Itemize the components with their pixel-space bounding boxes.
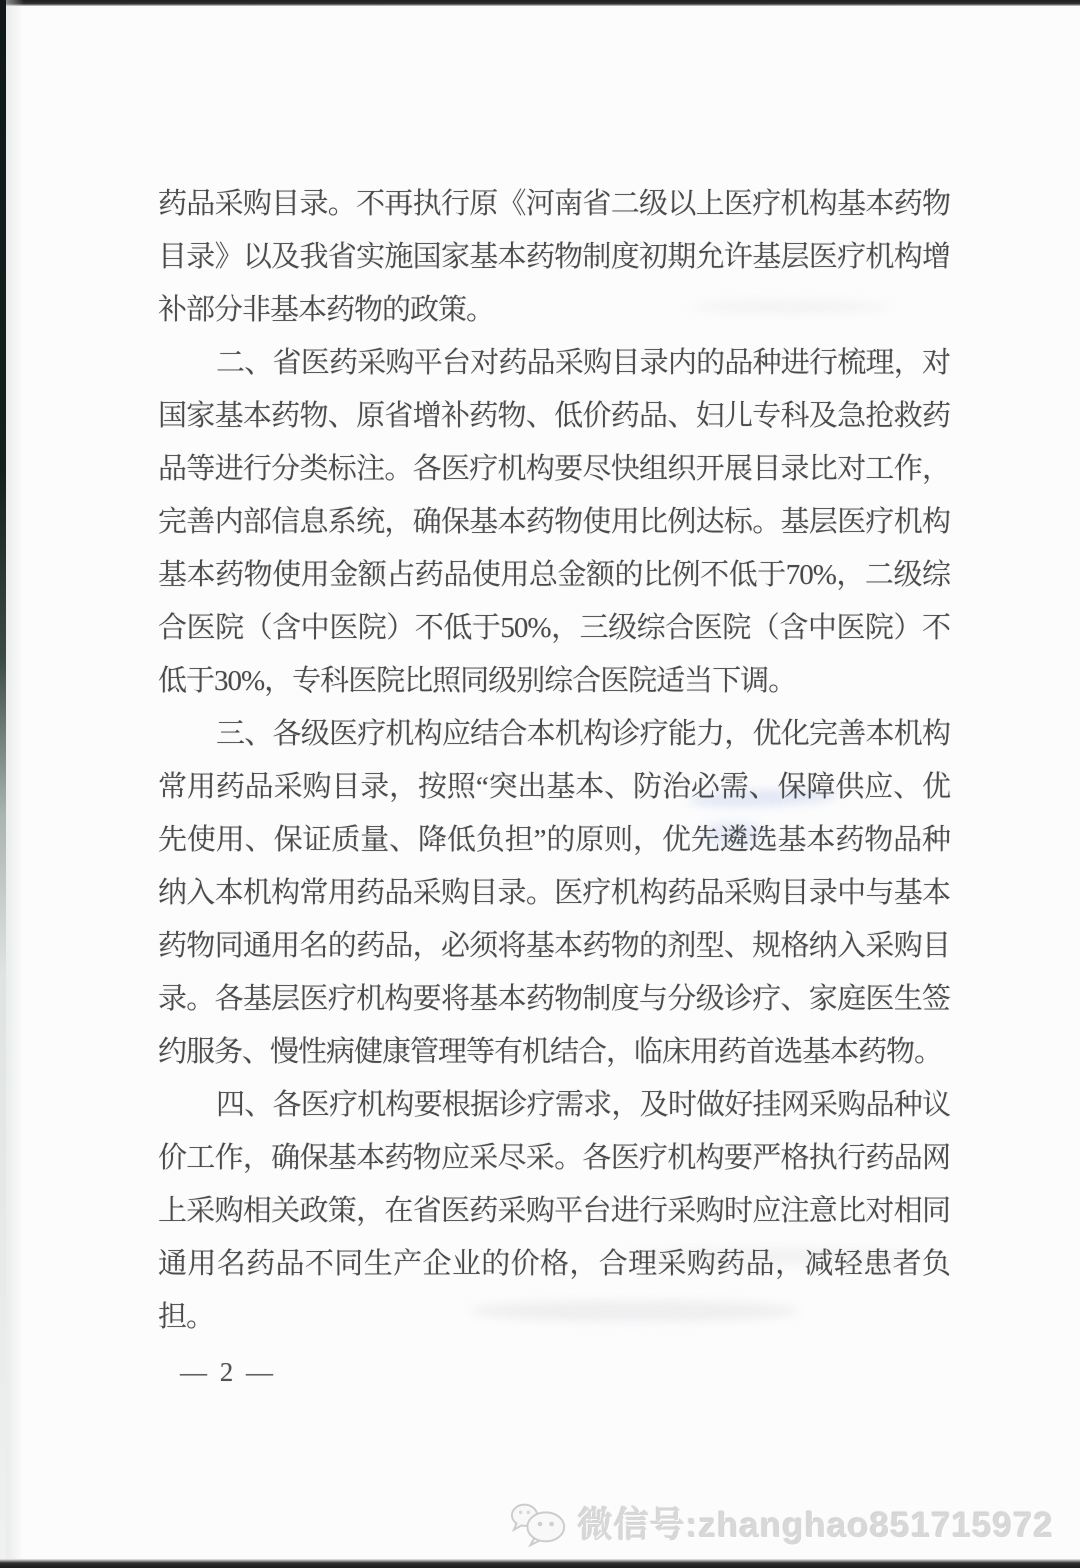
watermark-text: 微信号:zhanghao851715972	[578, 1498, 1054, 1548]
document-body: 药品采购目录。不再执行原《河南省二级以上医疗机构基本药物目录》以及我省实施国家基…	[158, 178, 950, 1399]
scan-edge-top	[0, 0, 1080, 6]
document-paragraph-item-2: 二、省医药采购平台对药品采购目录内的品种进行梳理，对国家基本药物、原省增补药物、…	[158, 337, 950, 708]
document-paragraph-continuation: 药品采购目录。不再执行原《河南省二级以上医疗机构基本药物目录》以及我省实施国家基…	[158, 178, 950, 337]
scan-edge-left-shadow	[6, 0, 24, 1568]
wechat-watermark: 微信号:zhanghao851715972	[510, 1498, 1054, 1548]
wechat-icon	[510, 1499, 568, 1547]
document-paragraph-item-4: 四、各医疗机构要根据诊疗需求，及时做好挂网采购品种议价工作，确保基本药物应采尽采…	[158, 1079, 950, 1344]
scanned-document-page: 药品采购目录。不再执行原《河南省二级以上医疗机构基本药物目录》以及我省实施国家基…	[0, 0, 1080, 1568]
document-paragraph-item-3: 三、各级医疗机构应结合本机构诊疗能力，优化完善本机构常用药品采购目录，按照“突出…	[158, 708, 950, 1079]
scan-edge-bottom	[0, 1559, 1080, 1568]
page-number: — 2 —	[180, 1346, 950, 1399]
